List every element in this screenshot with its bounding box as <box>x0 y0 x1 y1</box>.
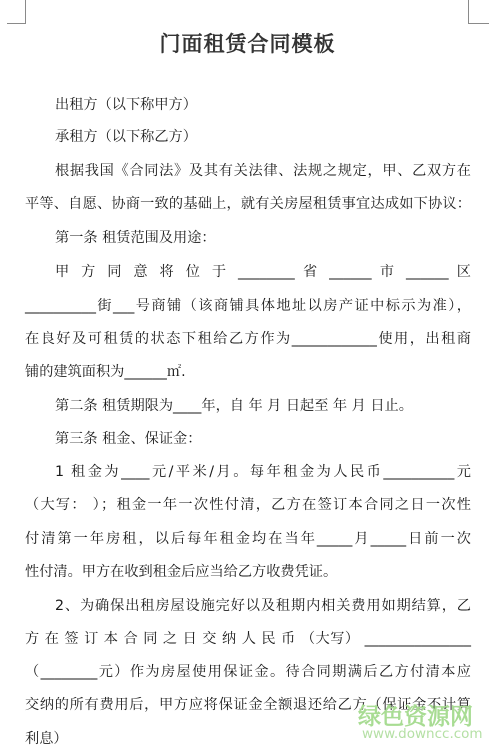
text-line: 在良好及可租赁的状态下租给乙方作为____________使用，出租商 <box>25 329 471 349</box>
document-title: 门面租赁合同模板 <box>0 28 495 58</box>
text-line: （大写： ）；租金一年一次性付清，乙方在签订本合同之日一次性 <box>25 495 471 515</box>
page-corner-mark-top-left <box>7 0 26 24</box>
text-line: 承租方（以下称乙方） <box>55 127 471 147</box>
text-line: 1 租金为____元/平米/月。每年租金为人民币__________元 <box>55 462 471 482</box>
text-line: （________元）作为房屋使用保证金。待合同期满后乙方付清本应 <box>25 662 471 682</box>
section-heading: 第二条 租赁期限为____年，自 年 月 日起至 年 月 日止。 <box>55 396 471 416</box>
text-line: 性付清。甲方在收到租金后应当给乙方收费凭证。 <box>25 562 471 582</box>
text-line: 铺的建筑面积为______㎡. <box>25 362 471 382</box>
section-heading: 第三条 租金、保证金： <box>55 429 471 449</box>
text-line: __________街___号商铺（该商铺具体地址以房产证中标示为准）， <box>25 296 471 316</box>
page-corner-mark-top-right <box>468 0 489 24</box>
section-heading: 第一条 租赁范围及用途： <box>55 228 471 248</box>
text-line: 方 在 签 订 本 合 同 之 日 交 纳 人 民 币 （大写） _______… <box>25 629 471 649</box>
text-line: 付清第一年房租，以后每年租金均在当年_____月_____日前一次 <box>25 529 471 549</box>
watermark-url: www.downcc.com <box>362 726 483 742</box>
text-line: 2、为确保出租房屋设施完好以及租期内相关费用如期结算，乙 <box>55 596 471 616</box>
text-line: 根据我国《合同法》及其有关法律、法规之规定，甲、乙双方在 <box>55 161 471 181</box>
text-line: 平等、自愿、协商一致的基础上，就有关房屋租赁事宜达成如下协议： <box>25 194 471 214</box>
text-line: 甲 方 同 意 将 位 于 ________ 省 ______ 市 ______… <box>55 262 471 282</box>
text-line: 出租方（以下称甲方） <box>55 95 471 115</box>
